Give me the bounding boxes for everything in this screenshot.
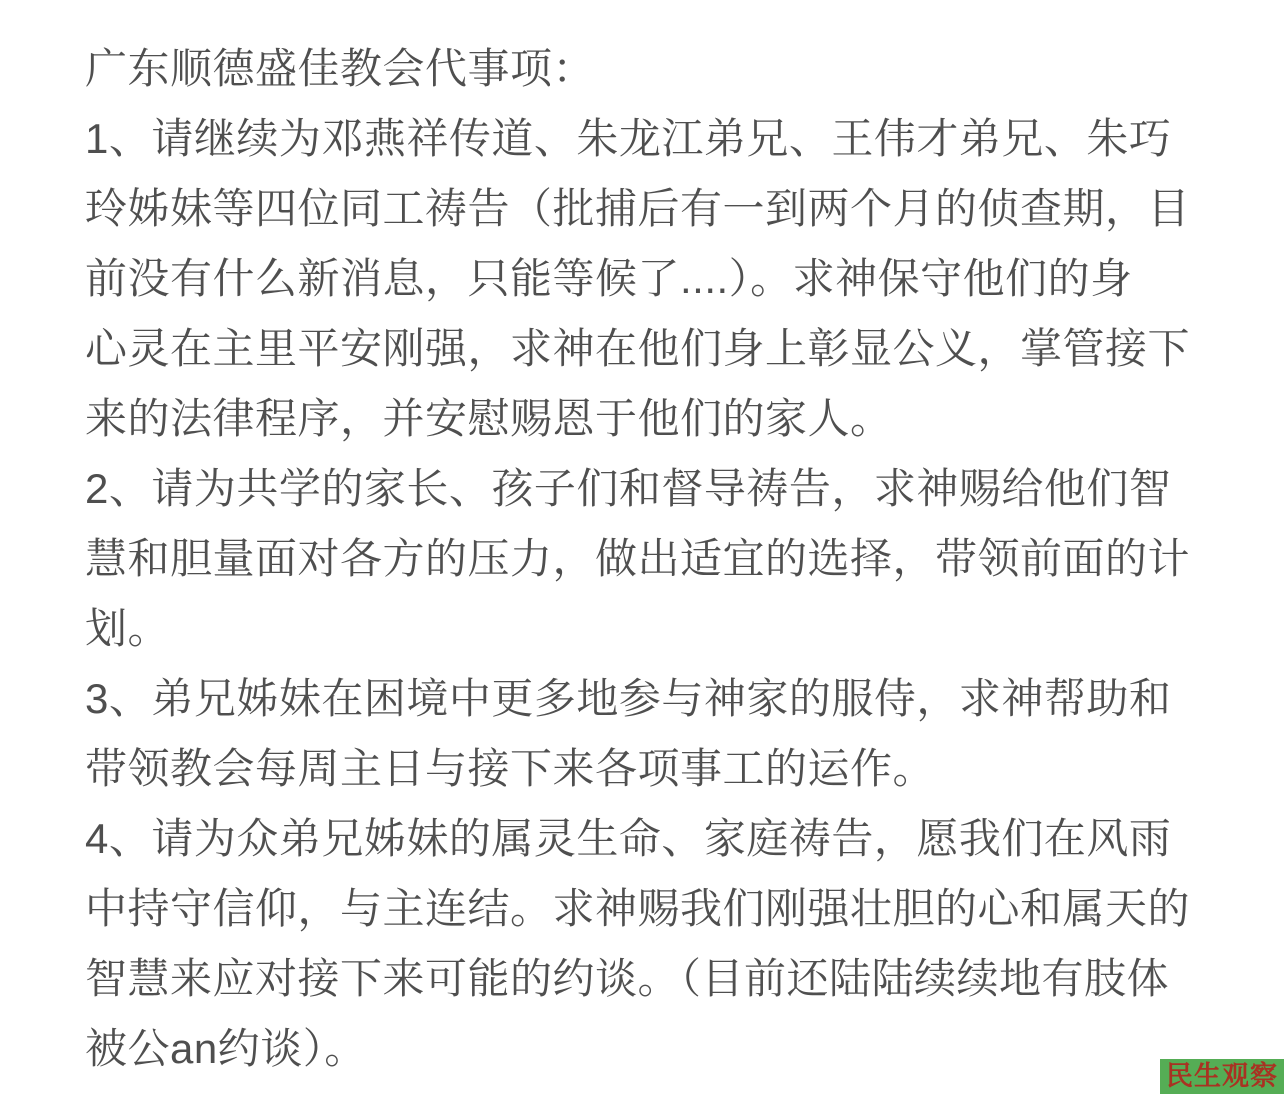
- text-line: 来的法律程序，并安慰赐恩于他们的家人。: [85, 384, 1224, 454]
- text-line: 1、请继续为邓燕祥传道、朱龙江弟兄、王伟才弟兄、朱巧: [85, 104, 1224, 174]
- text-line: 带领教会每周主日与接下来各项事工的运作。: [85, 734, 1224, 804]
- text-line: 2、请为共学的家长、孩子们和督导祷告，求神赐给他们智: [85, 454, 1224, 524]
- text-line: 智慧来应对接下来可能的约谈。（目前还陆陆续续地有肢体: [85, 944, 1224, 1014]
- text-line: 心灵在主里平安刚强，求神在他们身上彰显公义，掌管接下: [85, 314, 1224, 384]
- text-line: 中持守信仰，与主连结。求神赐我们刚强壮胆的心和属天的: [85, 874, 1224, 944]
- text-line: 被公an约谈）。: [85, 1014, 1224, 1084]
- prayer-request-document: 广东顺德盛佳教会代事项： 1、请继续为邓燕祥传道、朱龙江弟兄、王伟才弟兄、朱巧 …: [85, 34, 1224, 1084]
- text-line: 3、弟兄姊妹在困境中更多地参与神家的服侍，求神帮助和: [85, 664, 1224, 734]
- text-line: 前没有什么新消息，只能等候了....）。求神保守他们的身: [85, 244, 1224, 314]
- page-title: 广东顺德盛佳教会代事项：: [85, 34, 1224, 104]
- text-line: 慧和胆量面对各方的压力，做出适宜的选择，带领前面的计: [85, 524, 1224, 594]
- text-line: 玲姊妹等四位同工祷告（批捕后有一到两个月的侦查期，目: [85, 174, 1224, 244]
- text-line: 4、请为众弟兄姊妹的属灵生命、家庭祷告，愿我们在风雨: [85, 804, 1224, 874]
- page: { "colors": { "page_background": "#fffff…: [0, 0, 1284, 1094]
- watermark-badge: 民生观察: [1160, 1059, 1284, 1094]
- text-line: 划。: [85, 594, 1224, 664]
